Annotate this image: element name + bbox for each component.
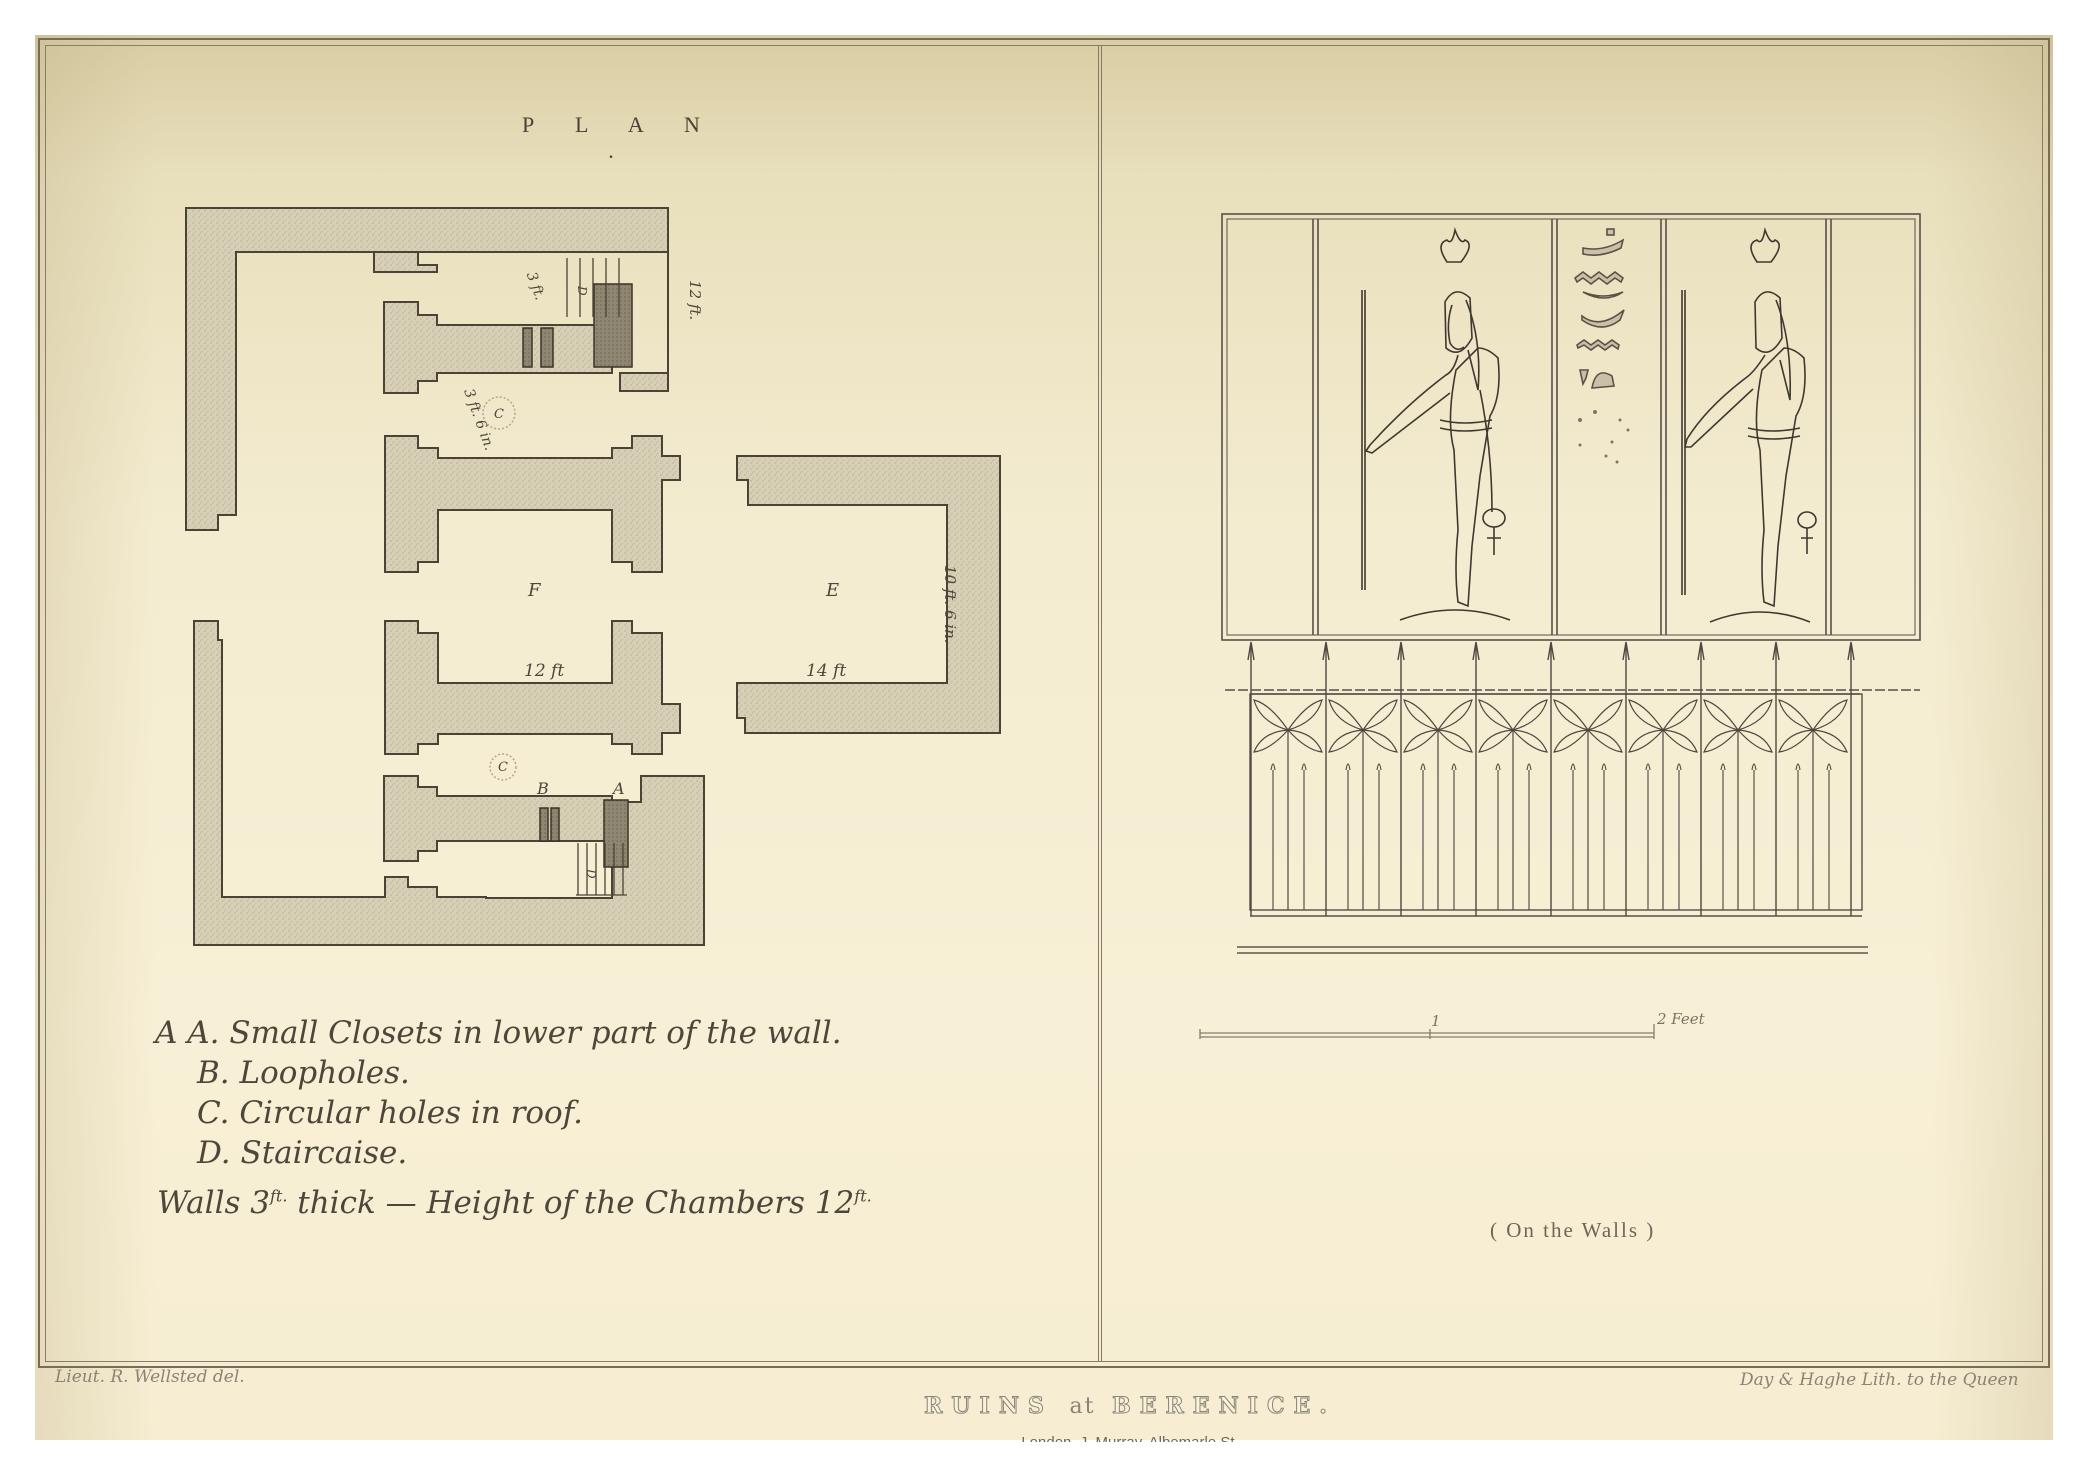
hieroglyph-fragments xyxy=(1578,410,1630,464)
goddess-figure-right xyxy=(1682,230,1816,622)
scale-end-label: 2 Feet xyxy=(1657,1010,1705,1028)
plate-title: RUINS at BERENICE. xyxy=(890,1393,1370,1419)
credit-lithographer: Day & Haghe Lith. to the Queen xyxy=(1740,1370,2019,1390)
relief-outer-frame xyxy=(1222,214,1920,640)
palisade-spears xyxy=(1248,642,1854,916)
wall-relief-drawing xyxy=(0,0,2089,1478)
scale-bar xyxy=(1200,1024,1654,1039)
goddess-figure-left xyxy=(1362,230,1510,620)
credit-draughtsman: Lieut. R. Wellsted del. xyxy=(55,1367,245,1387)
publisher-line: London, J. Murray, Albemarle St. xyxy=(970,1432,1290,1442)
hieroglyph-column xyxy=(1575,229,1624,388)
base-lines xyxy=(1237,947,1868,953)
relief-caption: ( On the Walls ) xyxy=(1490,1218,1655,1243)
scale-mid-label: 1 xyxy=(1431,1012,1441,1030)
